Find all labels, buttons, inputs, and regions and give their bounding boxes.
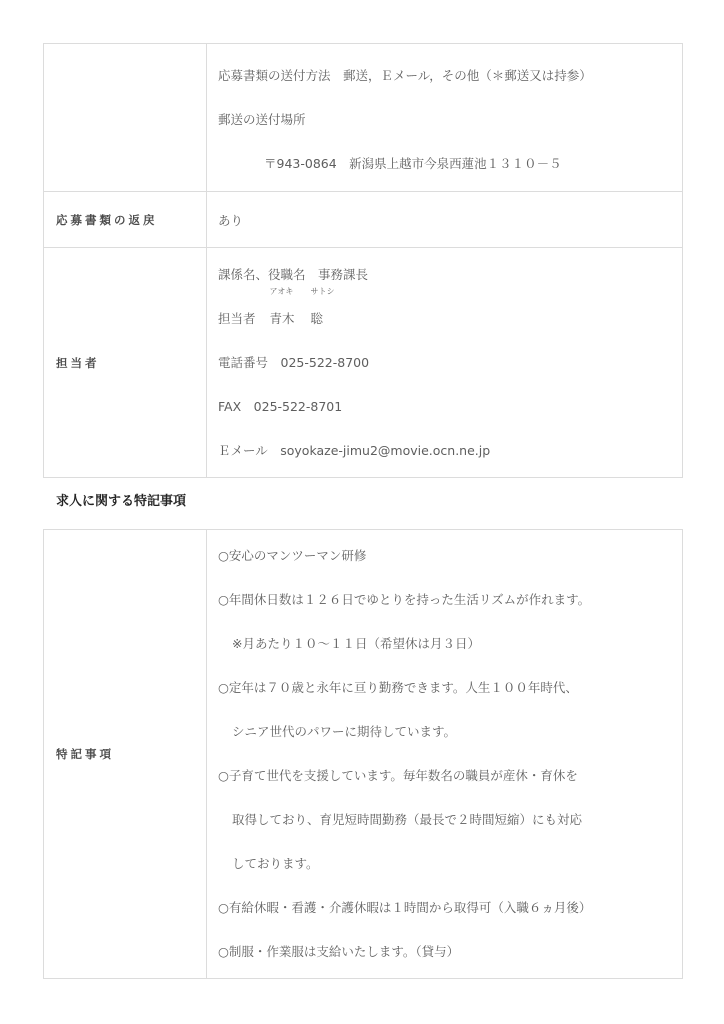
- phone-text: 電話番号 025-522-8700: [218, 341, 682, 385]
- row-label-empty: [44, 44, 207, 192]
- row-label-special-notes: 特記事項: [44, 530, 207, 979]
- given-name-kanji: 聡: [311, 311, 324, 326]
- family-name: アオキ青木: [270, 297, 295, 341]
- note-line: ○定年は７０歳と永年に亘り勤務できます。人生１００年時代、: [218, 666, 682, 710]
- fax-text: FAX 025-522-8701: [218, 385, 682, 429]
- send-method-text: 応募書類の送付方法 郵送，Ｅメール，その他（＊郵送又は持参）: [218, 54, 682, 98]
- note-line: ※月あたり１０～１１日（希望休は月３日）: [218, 622, 682, 666]
- special-notes-cell: ○安心のマンツーマン研修 ○年間休日数は１２６日でゆとりを持った生活リズムが作れ…: [207, 530, 683, 979]
- table-row-document-return: 応募書類の返戻 あり: [44, 192, 683, 248]
- send-method-cell: 応募書類の送付方法 郵送，Ｅメール，その他（＊郵送又は持参） 郵送の送付場所 〒…: [207, 44, 683, 192]
- email-text: Ｅメール soyokaze-jimu2@movie.ocn.ne.jp: [218, 429, 682, 473]
- note-line: 取得しており、育児短時間勤務（最長で２時間短縮）にも対応: [218, 798, 682, 842]
- application-info-table: 応募書類の送付方法 郵送，Ｅメール，その他（＊郵送又は持参） 郵送の送付場所 〒…: [43, 43, 683, 478]
- special-notes-table: 特記事項 ○安心のマンツーマン研修 ○年間休日数は１２６日でゆとりを持った生活リ…: [43, 529, 683, 979]
- row-label-contact-person: 担当者: [44, 248, 207, 478]
- contact-person-cell: 課係名、役職名 事務課長 担当者アオキ青木サトシ聡 電話番号 025-522-8…: [207, 248, 683, 478]
- table-row-send-method: 応募書類の送付方法 郵送，Ｅメール，その他（＊郵送又は持参） 郵送の送付場所 〒…: [44, 44, 683, 192]
- given-name: サトシ聡: [311, 297, 324, 341]
- table-row-contact-person: 担当者 課係名、役職名 事務課長 担当者アオキ青木サトシ聡 電話番号 025-5…: [44, 248, 683, 478]
- table-row-special-notes: 特記事項 ○安心のマンツーマン研修 ○年間休日数は１２６日でゆとりを持った生活リ…: [44, 530, 683, 979]
- mail-address: 〒943-0864 新潟県上越市今泉西蓮池１３１０－５: [218, 142, 682, 186]
- family-name-kanji: 青木: [270, 311, 295, 326]
- note-line: ○安心のマンツーマン研修: [218, 534, 682, 578]
- note-line: しております。: [218, 842, 682, 886]
- row-label-document-return: 応募書類の返戻: [44, 192, 207, 248]
- given-name-kana: サトシ: [311, 288, 335, 296]
- document-return-value: あり: [207, 192, 683, 248]
- person-name-line: 担当者アオキ青木サトシ聡: [218, 297, 682, 341]
- section-heading: 求人に関する特記事項: [56, 490, 186, 509]
- note-line: シニア世代のパワーに期待しています。: [218, 710, 682, 754]
- note-line: ○年間休日数は１２６日でゆとりを持った生活リズムが作れます。: [218, 578, 682, 622]
- note-line: ○子育て世代を支援しています。毎年数名の職員が産休・育休を: [218, 754, 682, 798]
- mail-place-label: 郵送の送付場所: [218, 98, 682, 142]
- person-label: 担当者: [218, 311, 256, 326]
- note-line: ○制服・作業服は支給いたします。（貸与）: [218, 930, 682, 974]
- note-line: ○有給休暇・看護・介護休暇は１時間から取得可（入職６ヵ月後）: [218, 886, 682, 930]
- family-name-kana: アオキ: [270, 288, 294, 296]
